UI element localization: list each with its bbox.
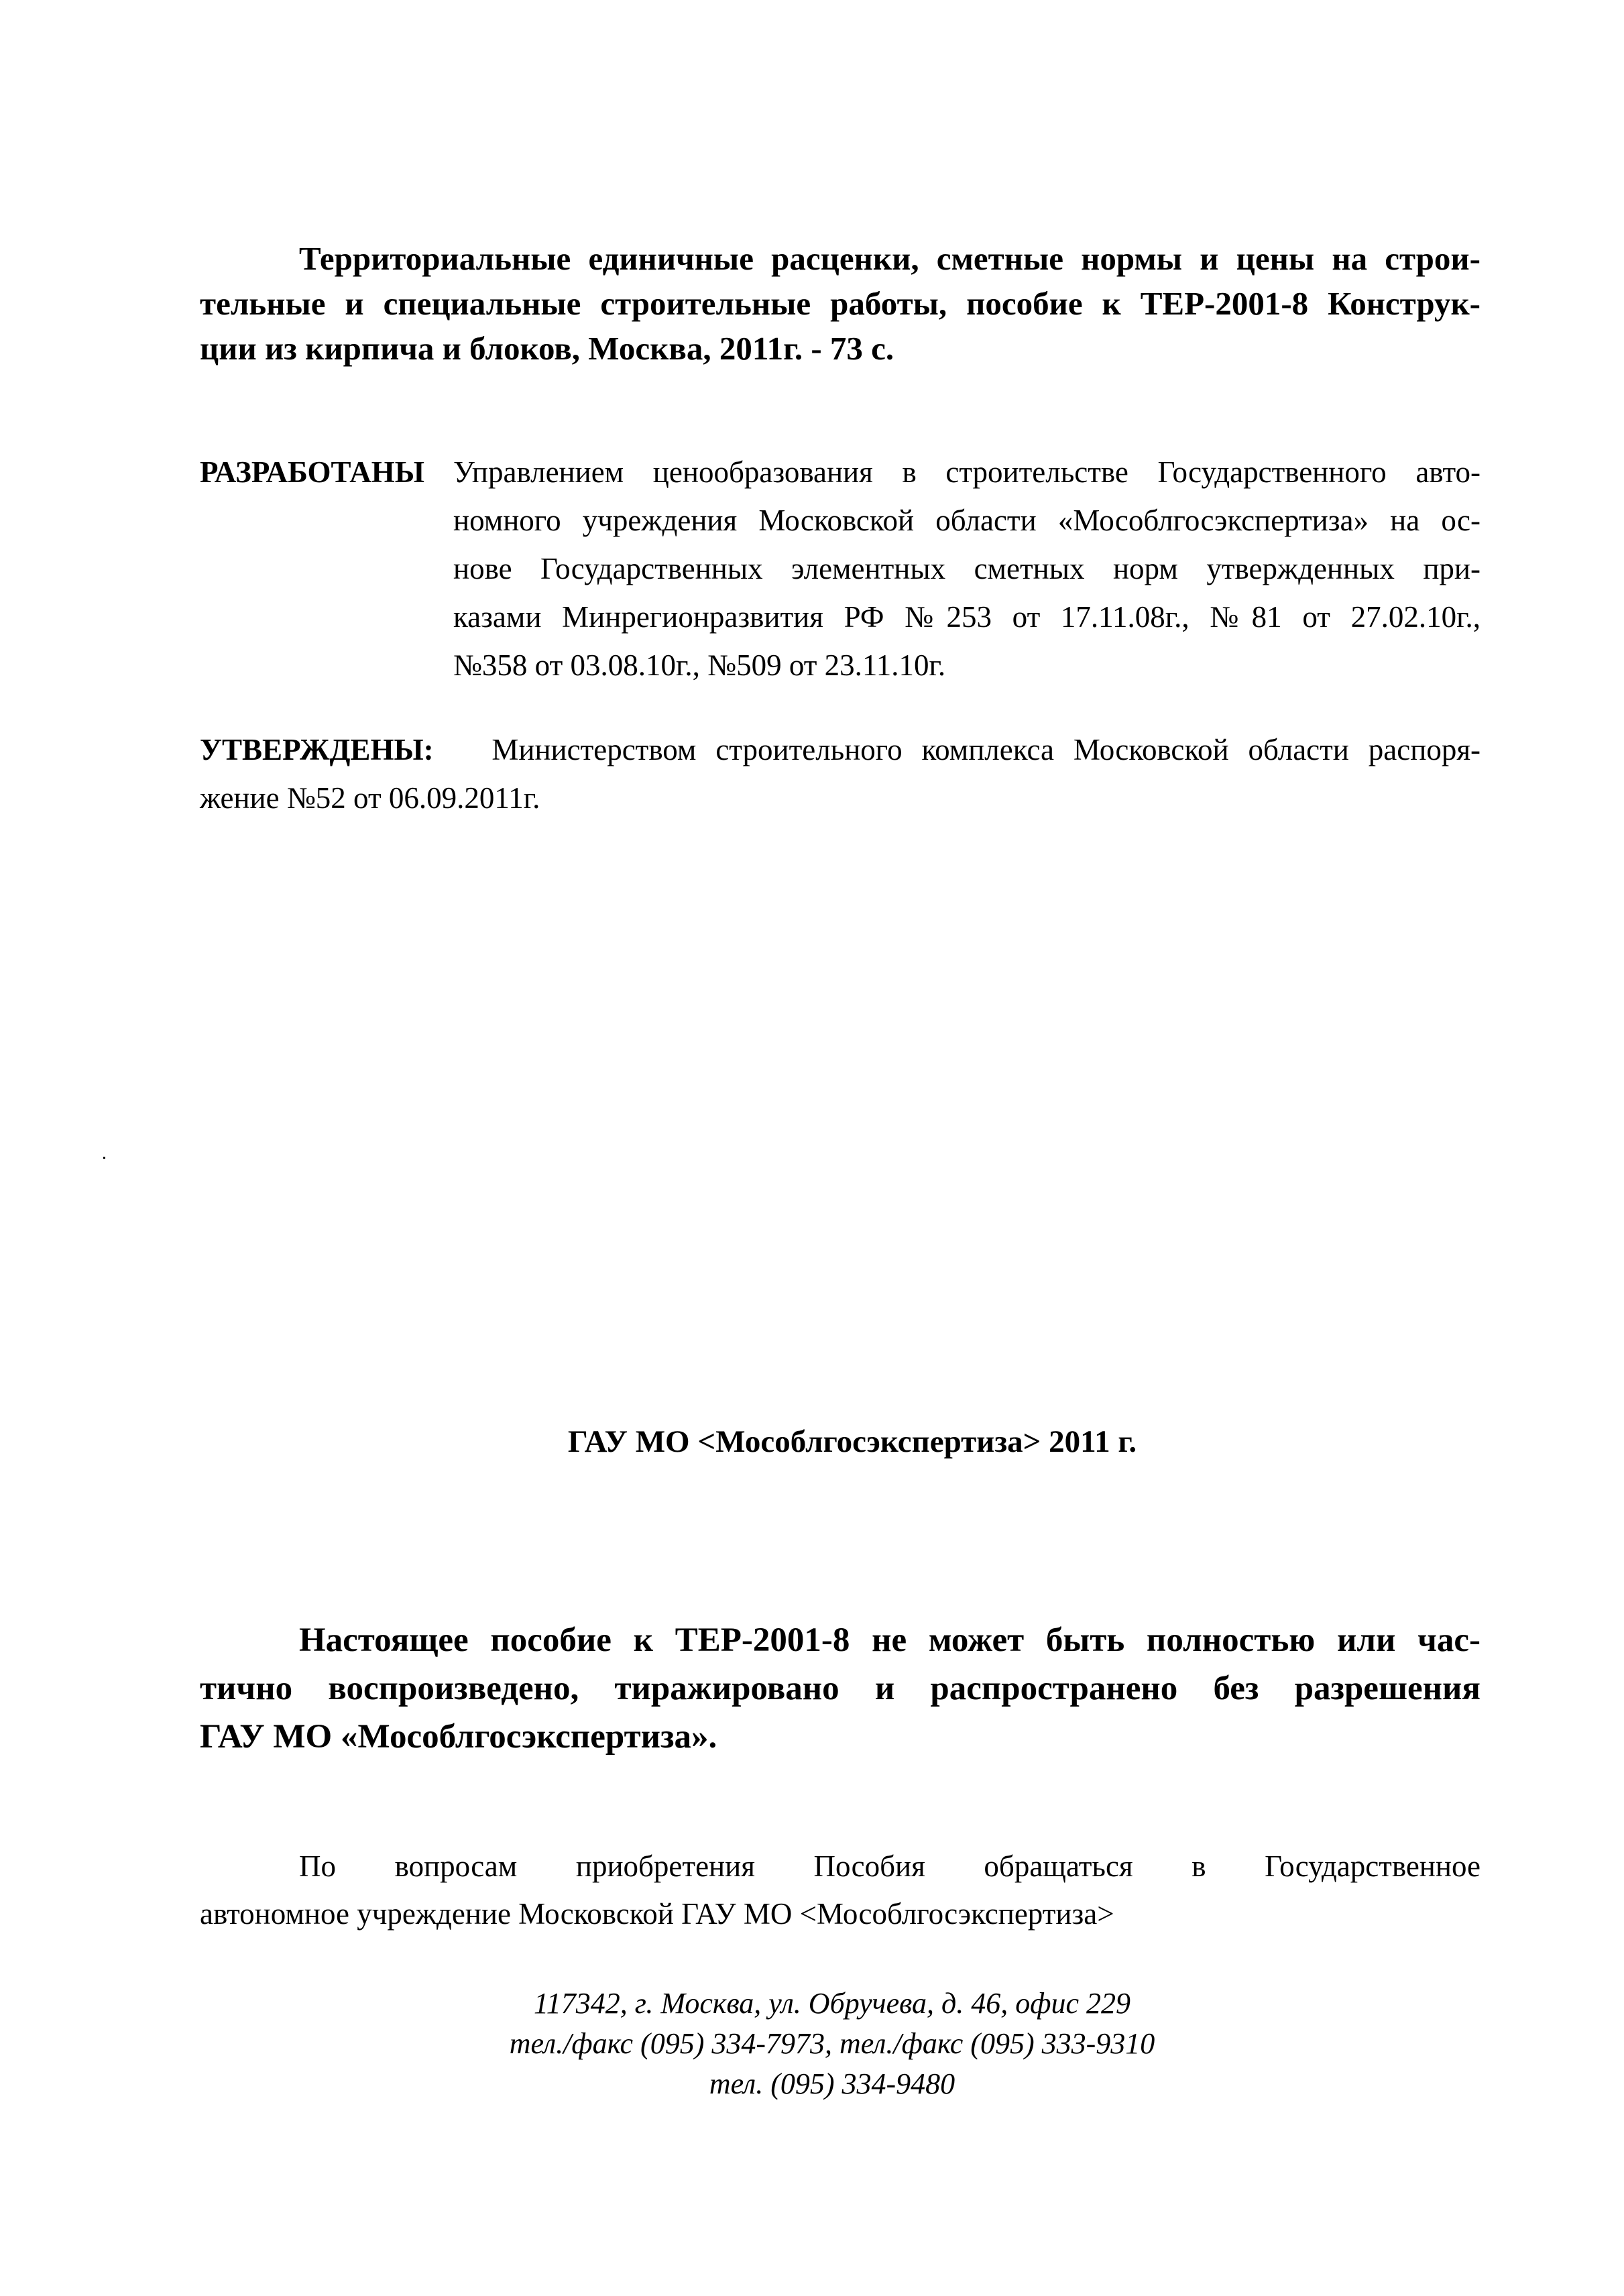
purchase-line: По вопросам приобретения Пособия обращат… [200,1843,1481,1890]
phone-line: тел. (095) 334-9480 [0,2064,1624,2104]
approved-by-label: УТВЕРЖДЕНЫ: [200,733,434,766]
developed-line: нове Государственных элементных сметных … [453,544,1481,593]
developed-by-label: РАЗРАБОТАНЫ [200,448,424,496]
approved-by-text: Министерством строительного комплекса Мо… [491,733,1481,766]
developed-by-text: Управлением ценообразования в строительс… [453,448,1481,689]
approved-line: УТВЕРЖДЕНЫ: Министерством строительного … [200,726,1481,774]
address-line: 117342, г. Москва, ул. Обручева, д. 46, … [0,1984,1624,2024]
purchase-info: По вопросам приобретения Пособия обращат… [200,1843,1481,1938]
copyright-notice: Настоящее пособие к ТЕР-2001-8 не может … [200,1616,1481,1761]
developed-line: Управлением ценообразования в строительс… [453,448,1481,496]
developed-line: казами Минрегионразвития РФ №253 от 17.1… [453,593,1481,641]
document-page: Территориальные единичные расценки, смет… [0,0,1624,2296]
purchase-line: автономное учреждение Московской ГАУ МО … [200,1890,1481,1938]
notice-line: Настоящее пособие к ТЕР-2001-8 не может … [200,1616,1481,1664]
title-line: ции из кирпича и блоков, Москва, 2011г. … [200,326,1481,371]
notice-line: тично воспроизведено, тиражировано и рас… [200,1664,1481,1713]
phone-fax-line: тел./факс (095) 334-7973, тел./факс (095… [0,2024,1624,2064]
approved-line: жение №52 от 06.09.2011г. [200,774,1481,822]
contact-address: 117342, г. Москва, ул. Обручева, д. 46, … [0,1984,1624,2104]
scan-speck [103,1157,105,1159]
approved-by-section: УТВЕРЖДЕНЫ: Министерством строительного … [200,726,1481,822]
notice-line: ГАУ МО «Мособлгосэкспертиза». [200,1713,1481,1761]
publisher-line: ГАУ МО <Мособлгосэкспертиза> 2011 г. [0,1420,1624,1463]
document-title: Территориальные единичные расценки, смет… [200,236,1481,371]
publisher-text: ГАУ МО <Мособлгосэкспертиза> 2011 г. [487,1420,1137,1463]
developed-line: номного учреждения Московской области «М… [453,496,1481,544]
developed-line: №358 от 03.08.10г., №509 от 23.11.10г. [453,641,1481,689]
title-line: тельные и специальные строительные работ… [200,281,1481,326]
title-line: Территориальные единичные расценки, смет… [200,236,1481,281]
